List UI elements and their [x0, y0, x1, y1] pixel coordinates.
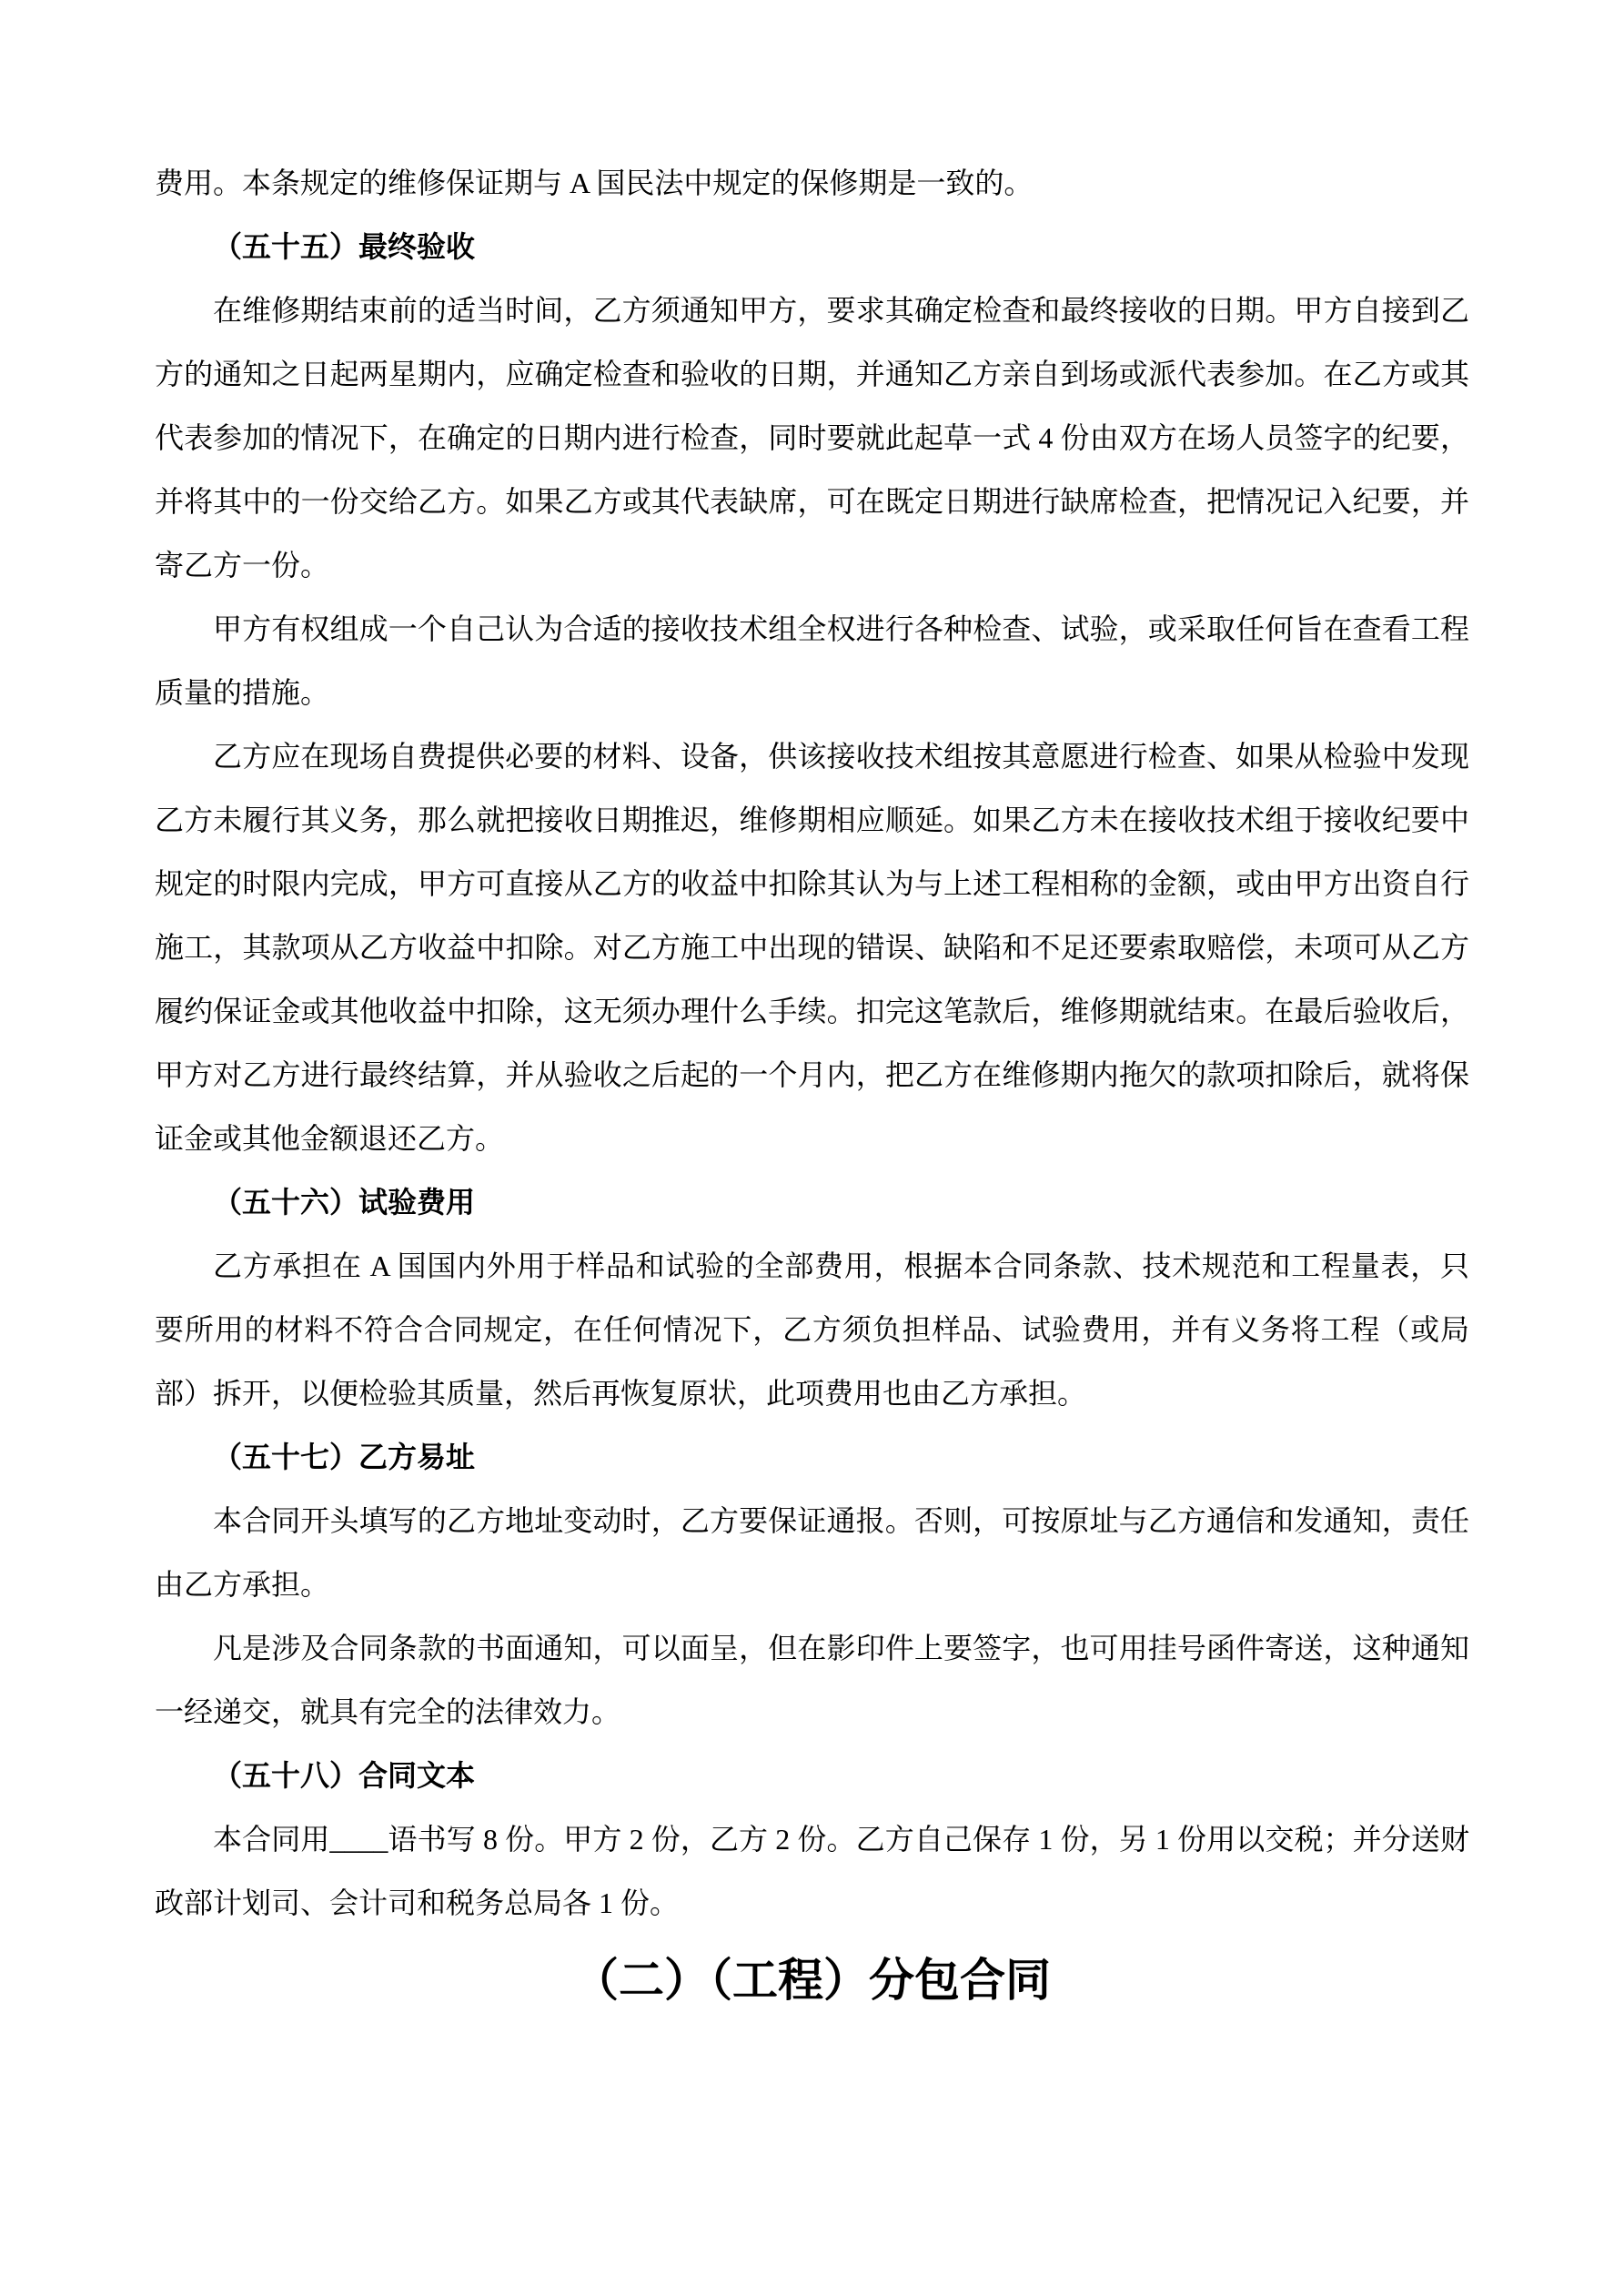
contract-paragraph: 甲方有权组成一个自己认为合适的接收技术组全权进行各种检查、试验，或采取任何旨在查…: [155, 597, 1469, 724]
contract-paragraph: 乙方承担在 A 国国内外用于样品和试验的全部费用，根据本合同条款、技术规范和工程…: [155, 1234, 1469, 1425]
contract-paragraph: 乙方应在现场自费提供必要的材料、设备，供该接收技术组按其意愿进行检查、如果从检验…: [155, 724, 1469, 1170]
contract-document-page: 费用。本条规定的维修保证期与 A 国民法中规定的保修期是一致的。（五十五）最终验…: [0, 0, 1624, 2296]
contract-paragraph: 凡是涉及合同条款的书面通知，可以面呈，但在影印件上要签字，也可用挂号函件寄送，这…: [155, 1616, 1469, 1744]
contract-paragraph: 在维修期结束前的适当时间，乙方须通知甲方，要求其确定检查和最终接收的日期。甲方自…: [155, 278, 1469, 597]
contract-paragraph: 本合同用____语书写 8 份。甲方 2 份，乙方 2 份。乙方自己保存 1 份…: [155, 1807, 1469, 1935]
subcontract-section-title: （二）（工程）分包合同: [155, 1935, 1469, 2026]
clause-heading: （五十六）试验费用: [155, 1170, 1469, 1234]
clause-heading: （五十五）最终验收: [155, 215, 1469, 278]
clause-heading: （五十七）乙方易址: [155, 1425, 1469, 1489]
contract-paragraph: 本合同开头填写的乙方地址变动时，乙方要保证通报。否则，可按原址与乙方通信和发通知…: [155, 1489, 1469, 1616]
contract-paragraph: 费用。本条规定的维修保证期与 A 国民法中规定的保修期是一致的。: [155, 151, 1469, 215]
clause-heading: （五十八）合同文本: [155, 1744, 1469, 1807]
